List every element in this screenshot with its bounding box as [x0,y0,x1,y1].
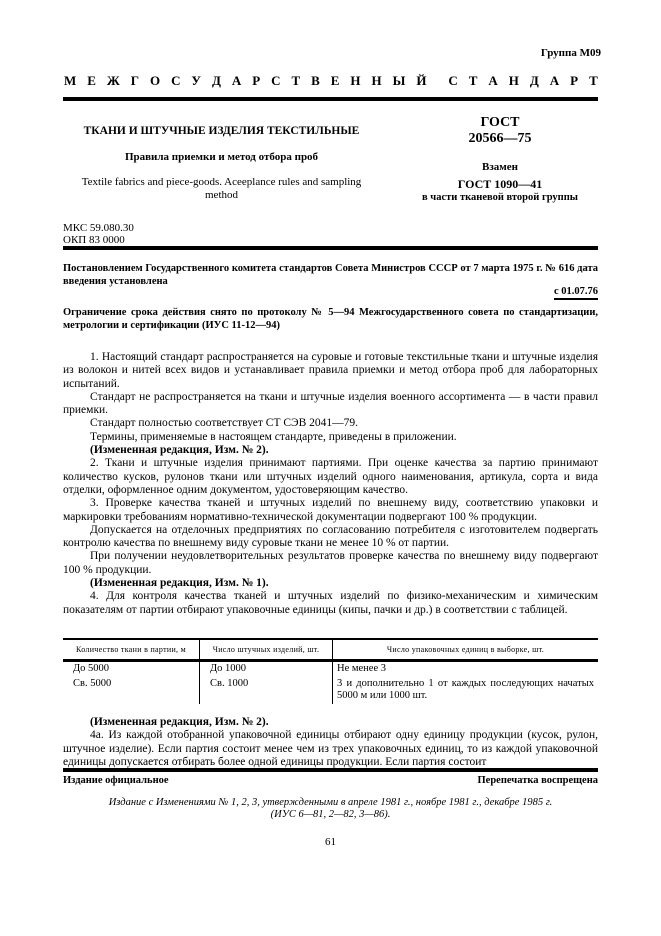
heading-letter: У [191,73,201,89]
table-cell: Не менее 3 [333,661,599,677]
heading-letter: С [171,73,180,89]
gost-label: ГОСТ [395,115,605,131]
heading-letter: Т [589,73,598,89]
paragraph: 4а. Из каждой отобранной упаковочной еди… [63,729,598,769]
heading-letter: О [150,73,160,89]
heading-letter: Д [530,73,539,89]
official-edition-label: Издание официальное [63,775,169,786]
replaces-standard: ГОСТ 1090—41 [395,177,605,192]
document-title: ТКАНИ И ШТУЧНЫЕ ИЗДЕЛИЯ ТЕКСТИЛЬНЫЕ [64,125,379,137]
paragraph: Стандарт не распространяется на ткани и … [63,391,598,418]
table-header: Число штучных изделий, шт. [200,639,333,661]
table-header: Число упаковочных единиц в выборке, шт. [333,639,599,661]
table-cell: До 5000 [63,661,200,677]
heading-letter: А [488,73,497,89]
table-cell: 3 и дополнительно 1 от каждых последующи… [333,677,599,704]
table-row: До 5000 До 1000 Не менее 3 [63,661,598,677]
classification-codes: МКС 59.080.30 ОКП 83 0000 [63,222,134,246]
table-cell: До 1000 [200,661,333,677]
codes-rule [63,246,598,250]
paragraph: 4. Для контроля качества тканей и штучны… [63,590,598,617]
gost-designation: ГОСТ 20566—75 Взамен ГОСТ 1090—41 в част… [395,115,605,203]
table-cell: Св. 1000 [200,677,333,704]
gost-number: 20566—75 [395,131,605,147]
interstate-standard-heading: МЕЖГОСУДАРСТВЕННЫЙ СТАНДАРТ [64,73,598,89]
sampling-table: Количество ткани в партии, м Число штучн… [63,638,598,704]
table-header-row: Количество ткани в партии, м Число штучн… [63,639,598,661]
table-row: Св. 5000 Св. 1000 3 и дополнительно 1 от… [63,677,598,704]
edition-line: (ИУС 6—81, 2—82, 3—86). [63,809,598,821]
replaces-label: Взамен [395,161,605,173]
after-table-text: (Измененная редакция, Изм. № 2).4а. Из к… [63,716,598,769]
heading-letter: Е [331,73,340,89]
document-subtitle: Правила приемки и метод отбора проб [64,151,379,163]
heading-letter: С [271,73,280,89]
heading-letter: Д [212,73,221,89]
heading-letter: Й [416,73,426,89]
replaces-note: в части тканевой второй группы [395,192,605,203]
paragraph: 2. Ткани и штучные изделия принимают пар… [63,457,598,497]
heading-letter: Г [131,73,139,89]
heading-letter: М [64,73,76,89]
limitation-note: Ограничение срока действия снято по прот… [63,306,598,332]
header-rule [63,97,598,101]
heading-letter: Н [509,73,519,89]
paragraph: Термины, применяемые в настоящем стандар… [63,431,598,444]
decree-text: Постановлением Государственного комитета… [63,262,598,288]
edition-note: Издание с Изменениями № 1, 2, 3, утвержд… [63,797,598,821]
heading-letter: А [550,73,559,89]
footer-rule [63,768,598,772]
heading-letter: Т [292,73,301,89]
heading-letter: Ж [107,73,120,89]
paragraph: 1. Настоящий стандарт распространяется н… [63,351,598,391]
paragraph: Допускается на отделочных предприятиях п… [63,524,598,551]
page-number: 61 [0,836,661,848]
table-header: Количество ткани в партии, м [63,639,200,661]
amendment-note: (Измененная редакция, Изм. № 2). [63,716,598,729]
heading-letter: Н [372,73,382,89]
paragraph: При получении неудовлетворительных резул… [63,550,598,577]
edition-line: Издание с Изменениями № 1, 2, 3, утвержд… [63,797,598,809]
paragraph: 3. Проверке качества тканей и штучных из… [63,497,598,524]
effective-date: с 01.07.76 [554,286,598,300]
heading-letter: Н [350,73,360,89]
heading-letter: Т [469,73,478,89]
heading-letter: С [448,73,457,89]
heading-letter: Ы [393,73,406,89]
heading-letter: Р [570,73,578,89]
reprint-prohibited-label: Перепечатка воспрещена [478,775,598,786]
heading-letter: В [311,73,320,89]
table-cell: Св. 5000 [63,677,200,704]
amendment-note: (Измененная редакция, Изм. № 2). [63,444,598,457]
okp-code: ОКП 83 0000 [63,234,134,246]
paragraph: Стандарт полностью соответствует СТ СЭВ … [63,417,598,430]
heading-letter: А [232,73,241,89]
group-code: Группа М09 [541,47,601,59]
mks-code: МКС 59.080.30 [63,222,134,234]
heading-letter: Е [87,73,96,89]
document-title-english: Textile fabrics and piece-goods. Aceepla… [64,176,379,202]
body-text: 1. Настоящий стандарт распространяется н… [63,351,598,617]
amendment-note: (Измененная редакция, Изм. № 1). [63,577,598,590]
heading-letter: Р [252,73,260,89]
